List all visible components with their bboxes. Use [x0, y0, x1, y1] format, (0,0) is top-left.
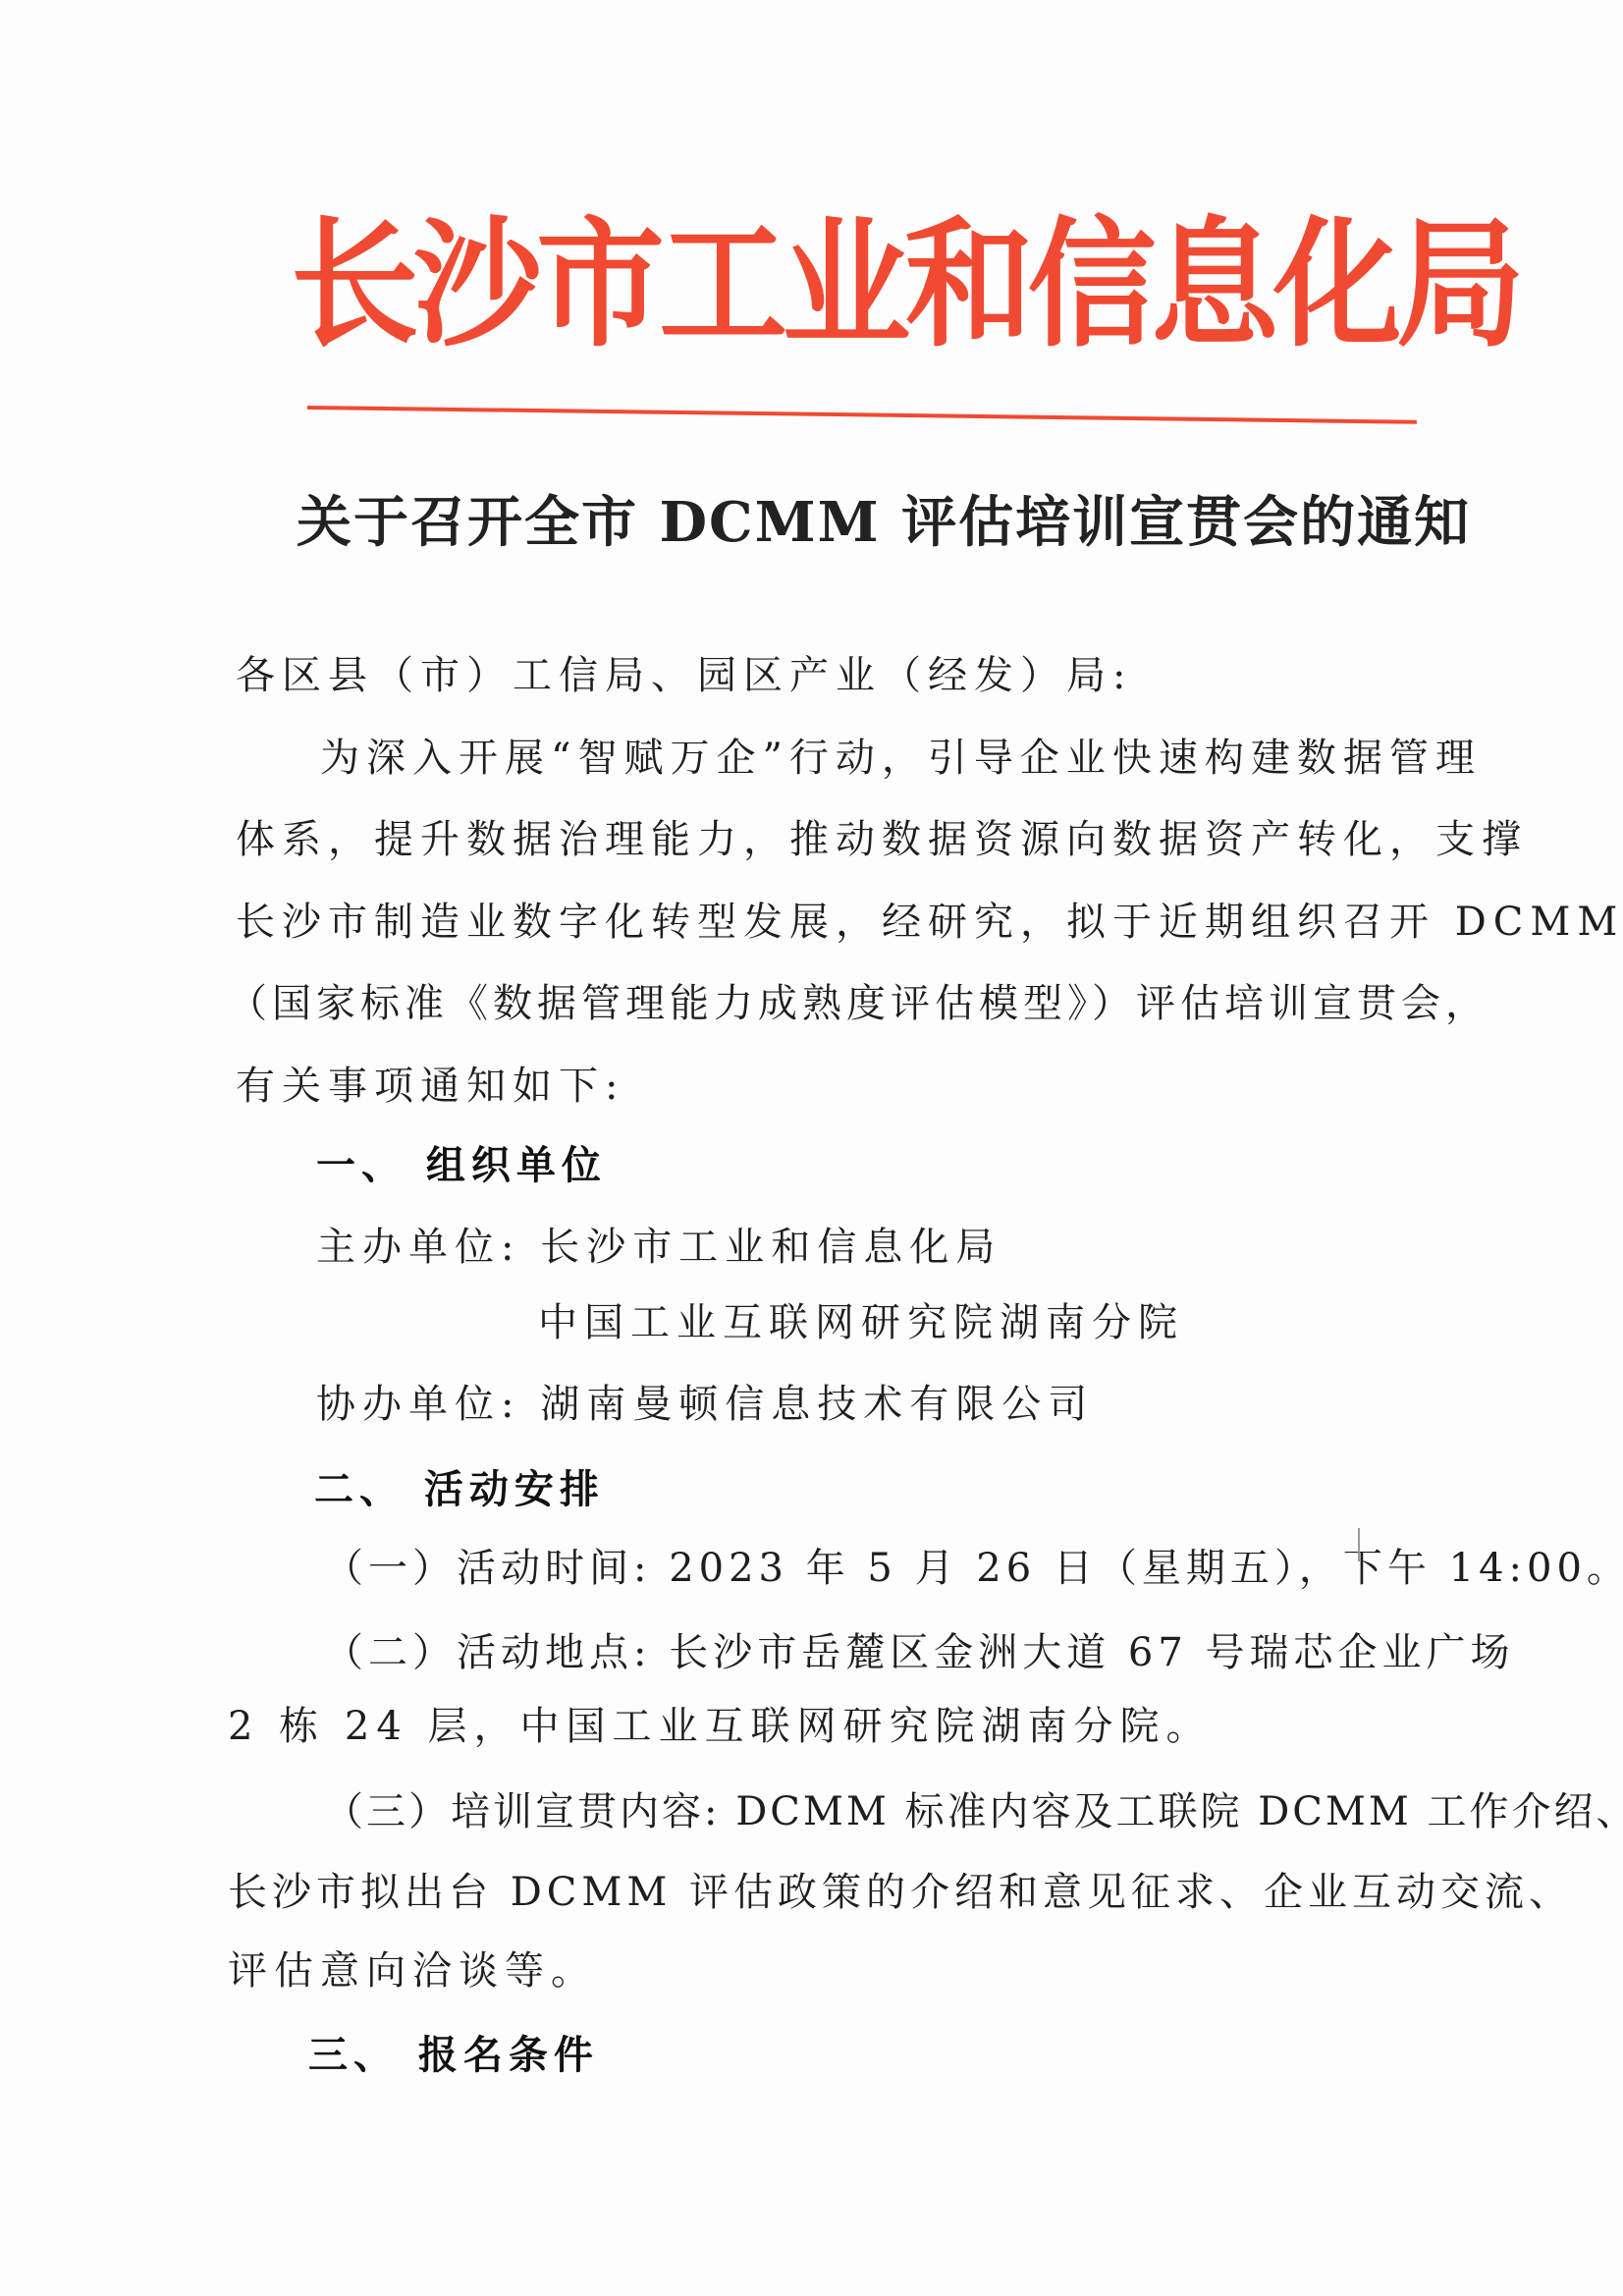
intro-line: 长沙市制造业数字化转型发展，经研究，拟于近期组织召开 DCMM [236, 895, 1623, 950]
section-heading-organizers: 一、 组织单位 [316, 1138, 607, 1193]
intro-line: 有关事项通知如下: [236, 1059, 624, 1114]
intro-line: 体系，提升数据治理能力，推动数据资源向数据资产转化，支撑 [236, 812, 1528, 867]
intro-line: 为深入开展“智赋万企”行动，引导企业快速构建数据管理 [320, 731, 1482, 786]
host-unit-line: 主办单位: 长沙市工业和信息化局 [316, 1220, 1001, 1275]
masthead-org-name: 长沙市工业和信息化局 [291, 201, 1338, 368]
schedule-content-line-2: 长沙市拟出台 DCMM 评估政策的介绍和意见征求、企业互动交流、 [228, 1865, 1573, 1920]
schedule-content-line: （三）培训宣贯内容: DCMM 标准内容及工联院 DCMM 工作介绍、 [324, 1784, 1623, 1839]
scan-artifact-mark [1358, 1528, 1360, 1561]
document-title: 关于召开全市 DCMM 评估培训宣贯会的通知 [297, 487, 1435, 558]
schedule-location-line: （二）活动地点: 长沙市岳麓区金洲大道 67 号瑞芯企业广场 [324, 1625, 1515, 1680]
host-unit-line-2: 中国工业互联网研究院湖南分院 [538, 1295, 1184, 1350]
salutation: 各区县（市）工信局、园区产业（经发）局: [236, 648, 1132, 703]
co-host-unit-line: 协办单位: 湖南曼顿信息技术有限公司 [316, 1377, 1094, 1432]
section-heading-schedule: 二、 活动安排 [314, 1462, 605, 1517]
schedule-content-line-3: 评估意向洽谈等。 [228, 1943, 597, 1998]
schedule-location-line-2: 2 栋 24 层，中国工业互联网研究院湖南分院。 [228, 1699, 1213, 1754]
masthead-red-rule [307, 406, 1417, 424]
schedule-time-line: （一）活动时间: 2023 年 5 月 26 日（星期五），下午 14:00。 [324, 1541, 1623, 1596]
document-page: 长沙市工业和信息化局 关于召开全市 DCMM 评估培训宣贯会的通知 各区县（市）… [0, 0, 1623, 2296]
section-heading-registration: 三、 报名条件 [308, 2028, 599, 2083]
intro-line: （国家标准《数据管理能力成熟度评估模型》）评估培训宣贯会， [228, 976, 1489, 1031]
